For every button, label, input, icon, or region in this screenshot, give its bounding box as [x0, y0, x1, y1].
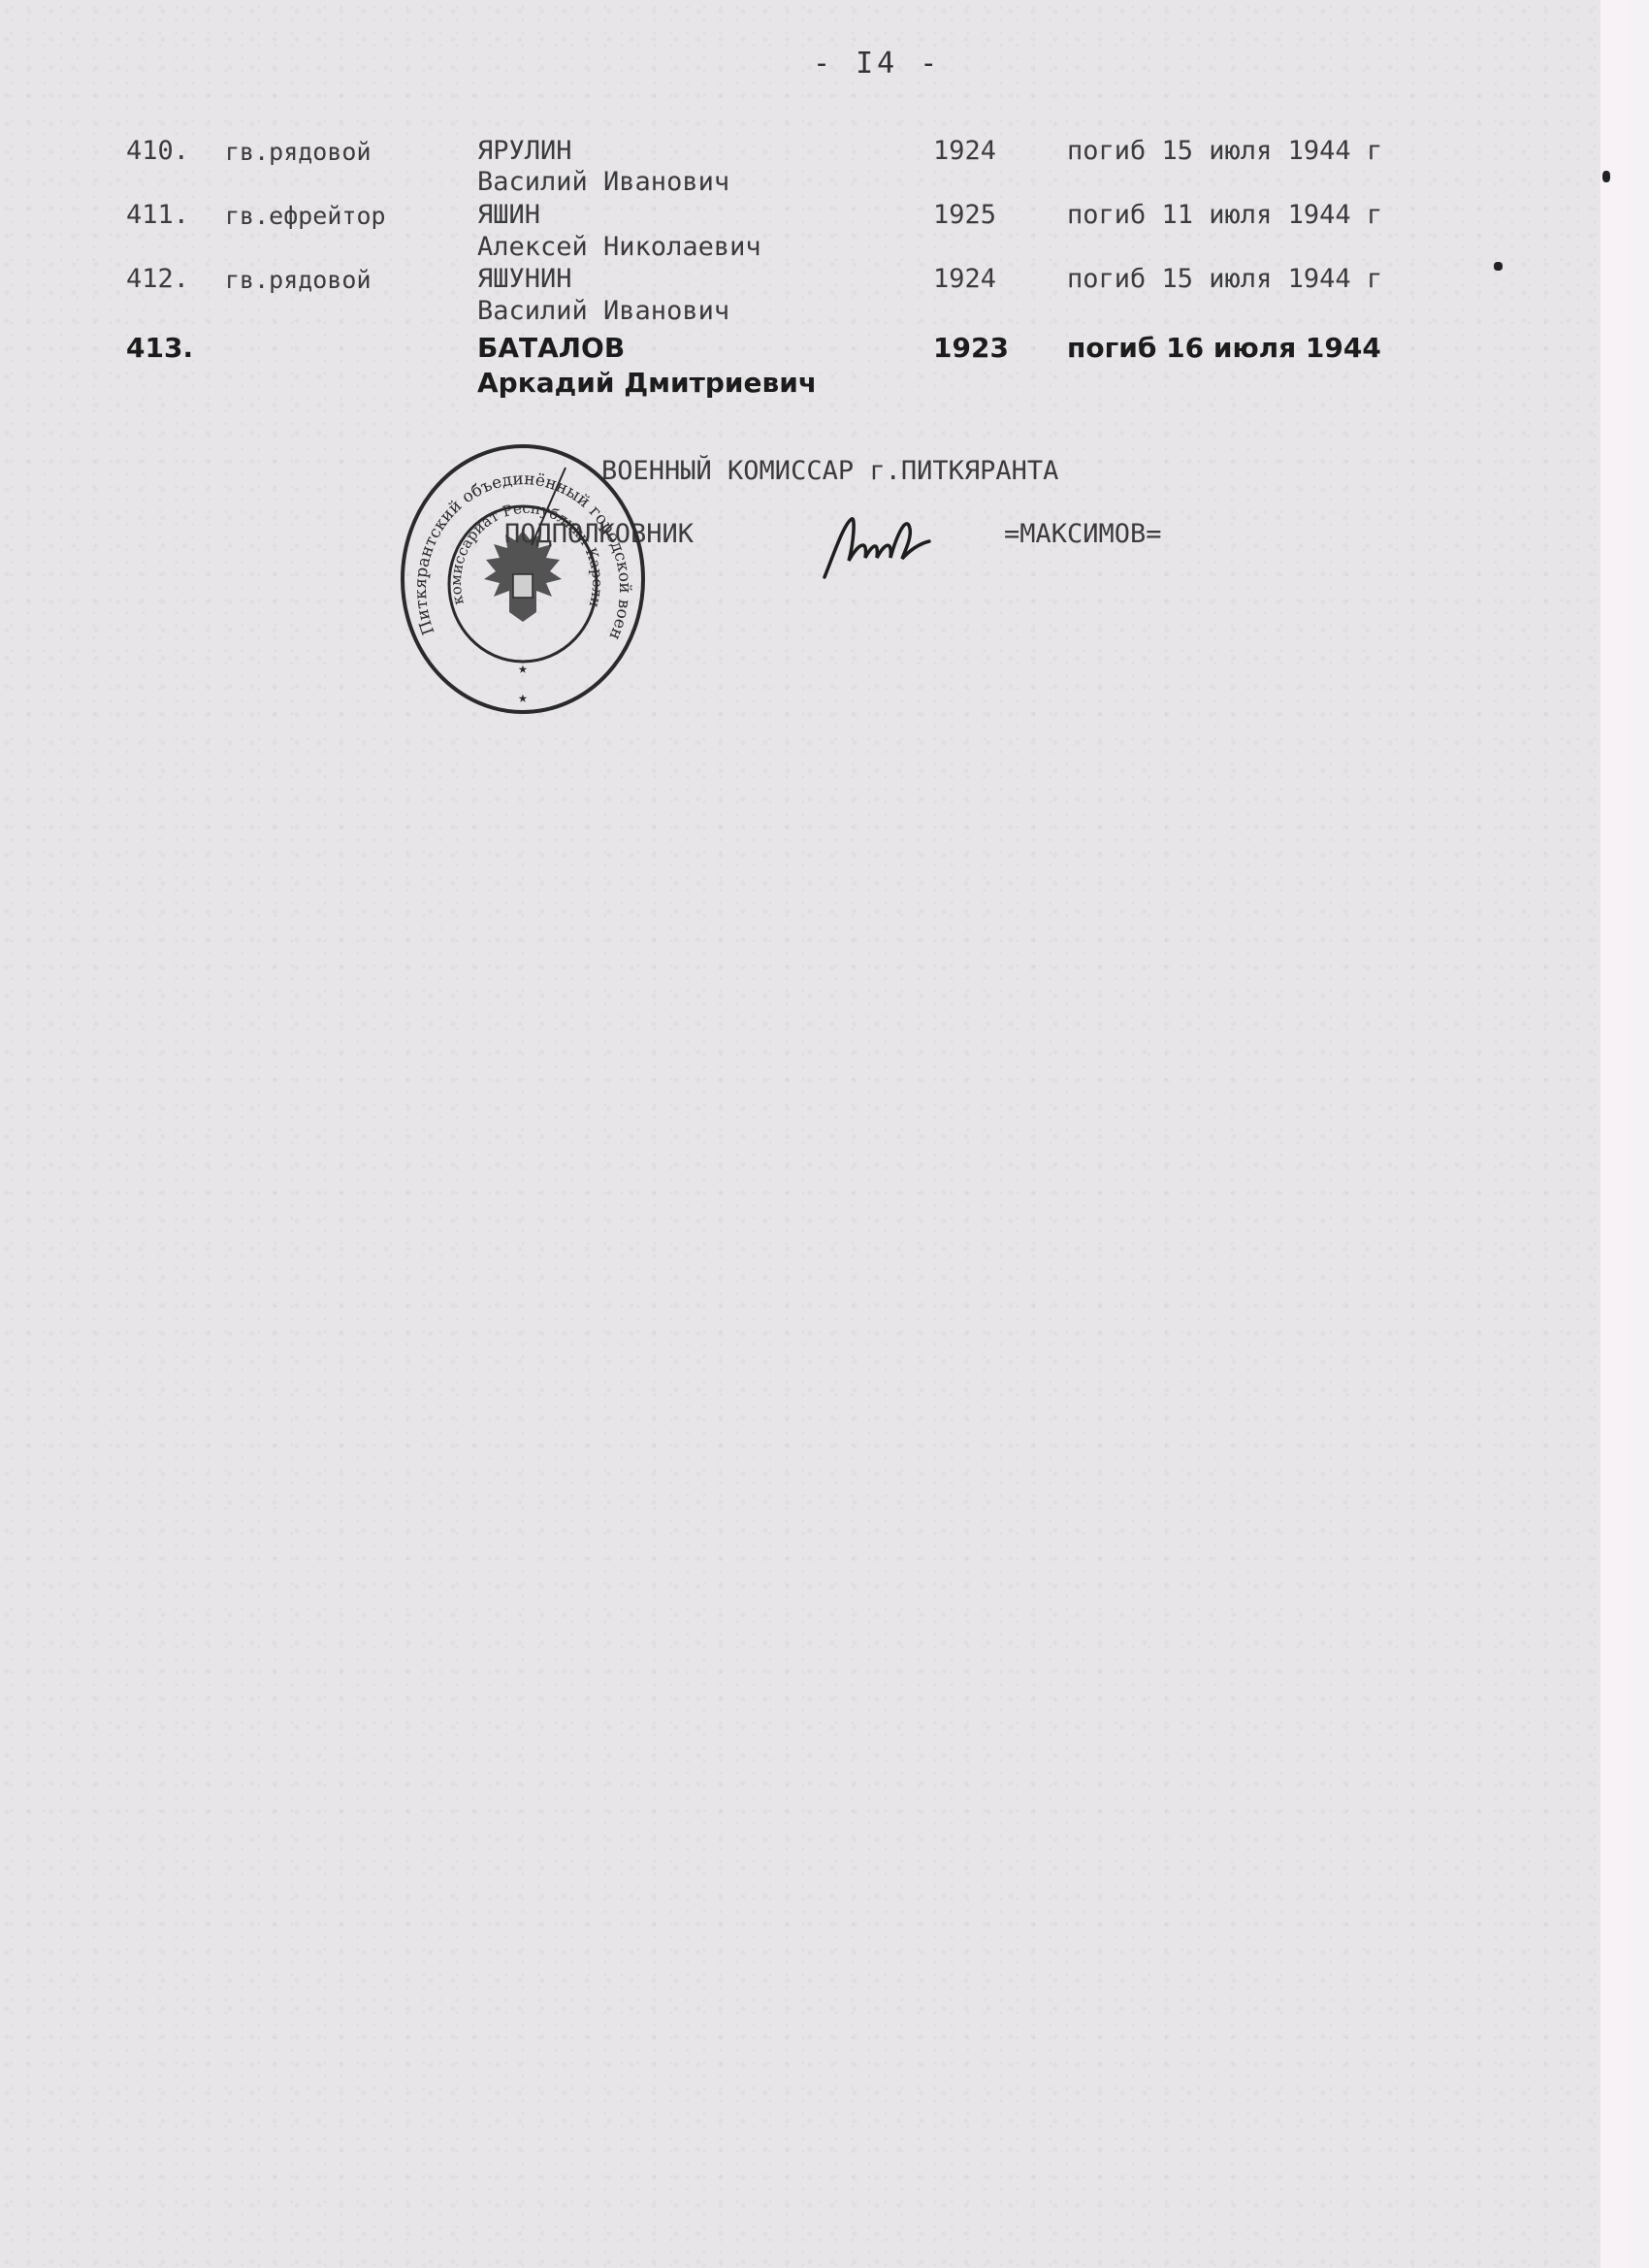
- scan-edge: [1600, 0, 1630, 2268]
- entry-death: погиб 11 июля 1944 г: [1067, 200, 1382, 230]
- entry-rank: гв.рядовой: [225, 266, 372, 294]
- scan-speck: [1494, 262, 1503, 271]
- entry-given-name: Василий Иванович: [477, 296, 729, 326]
- entry-given-name: Василий Иванович: [477, 167, 729, 197]
- page-number: - I4 -: [813, 47, 941, 81]
- entry-rank: гв.рядовой: [225, 138, 372, 166]
- handwritten-entry-death: погиб 16 июля 1944: [1067, 332, 1381, 364]
- entry-surname: ЯШИН: [477, 200, 540, 230]
- handwritten-entry-given-name: Аркадий Дмитриевич: [477, 367, 817, 399]
- entry-birth-year: 1924: [933, 264, 996, 294]
- entry-birth-year: 1924: [933, 136, 996, 166]
- handwritten-entry-number: 413.: [126, 332, 193, 364]
- entry-number: 412.: [126, 264, 189, 294]
- entry-given-name: Алексей Николаевич: [477, 232, 761, 262]
- double-headed-eagle-icon: [484, 531, 562, 622]
- entry-rank: гв.ефрейтор: [225, 202, 386, 230]
- entry-surname: ЯРУЛИН: [477, 136, 572, 166]
- handwritten-entry-surname: БАТАЛОВ: [477, 332, 625, 364]
- entry-birth-year: 1925: [933, 200, 996, 230]
- entry-death: погиб 15 июля 1944 г: [1067, 136, 1382, 166]
- entry-surname: ЯШУНИН: [477, 264, 572, 294]
- handwritten-entry-birth-year: 1923: [933, 332, 1009, 364]
- signature-scribble-icon: [815, 504, 960, 582]
- entry-number: 410.: [126, 136, 189, 166]
- commissar-title: ВОЕННЫЙ КОМИССАР г.ПИТКЯРАНТА: [601, 456, 1058, 486]
- star-icon: ★: [518, 659, 528, 677]
- entry-number: 411.: [126, 200, 189, 230]
- star-icon: ★: [518, 688, 528, 706]
- signatory-name: =МАКСИМОВ=: [1004, 519, 1162, 549]
- scan-speck: [1602, 171, 1610, 182]
- official-stamp-icon: Питкярантский объединённый городской вое…: [396, 438, 650, 720]
- entry-death: погиб 15 июля 1944 г: [1067, 264, 1382, 294]
